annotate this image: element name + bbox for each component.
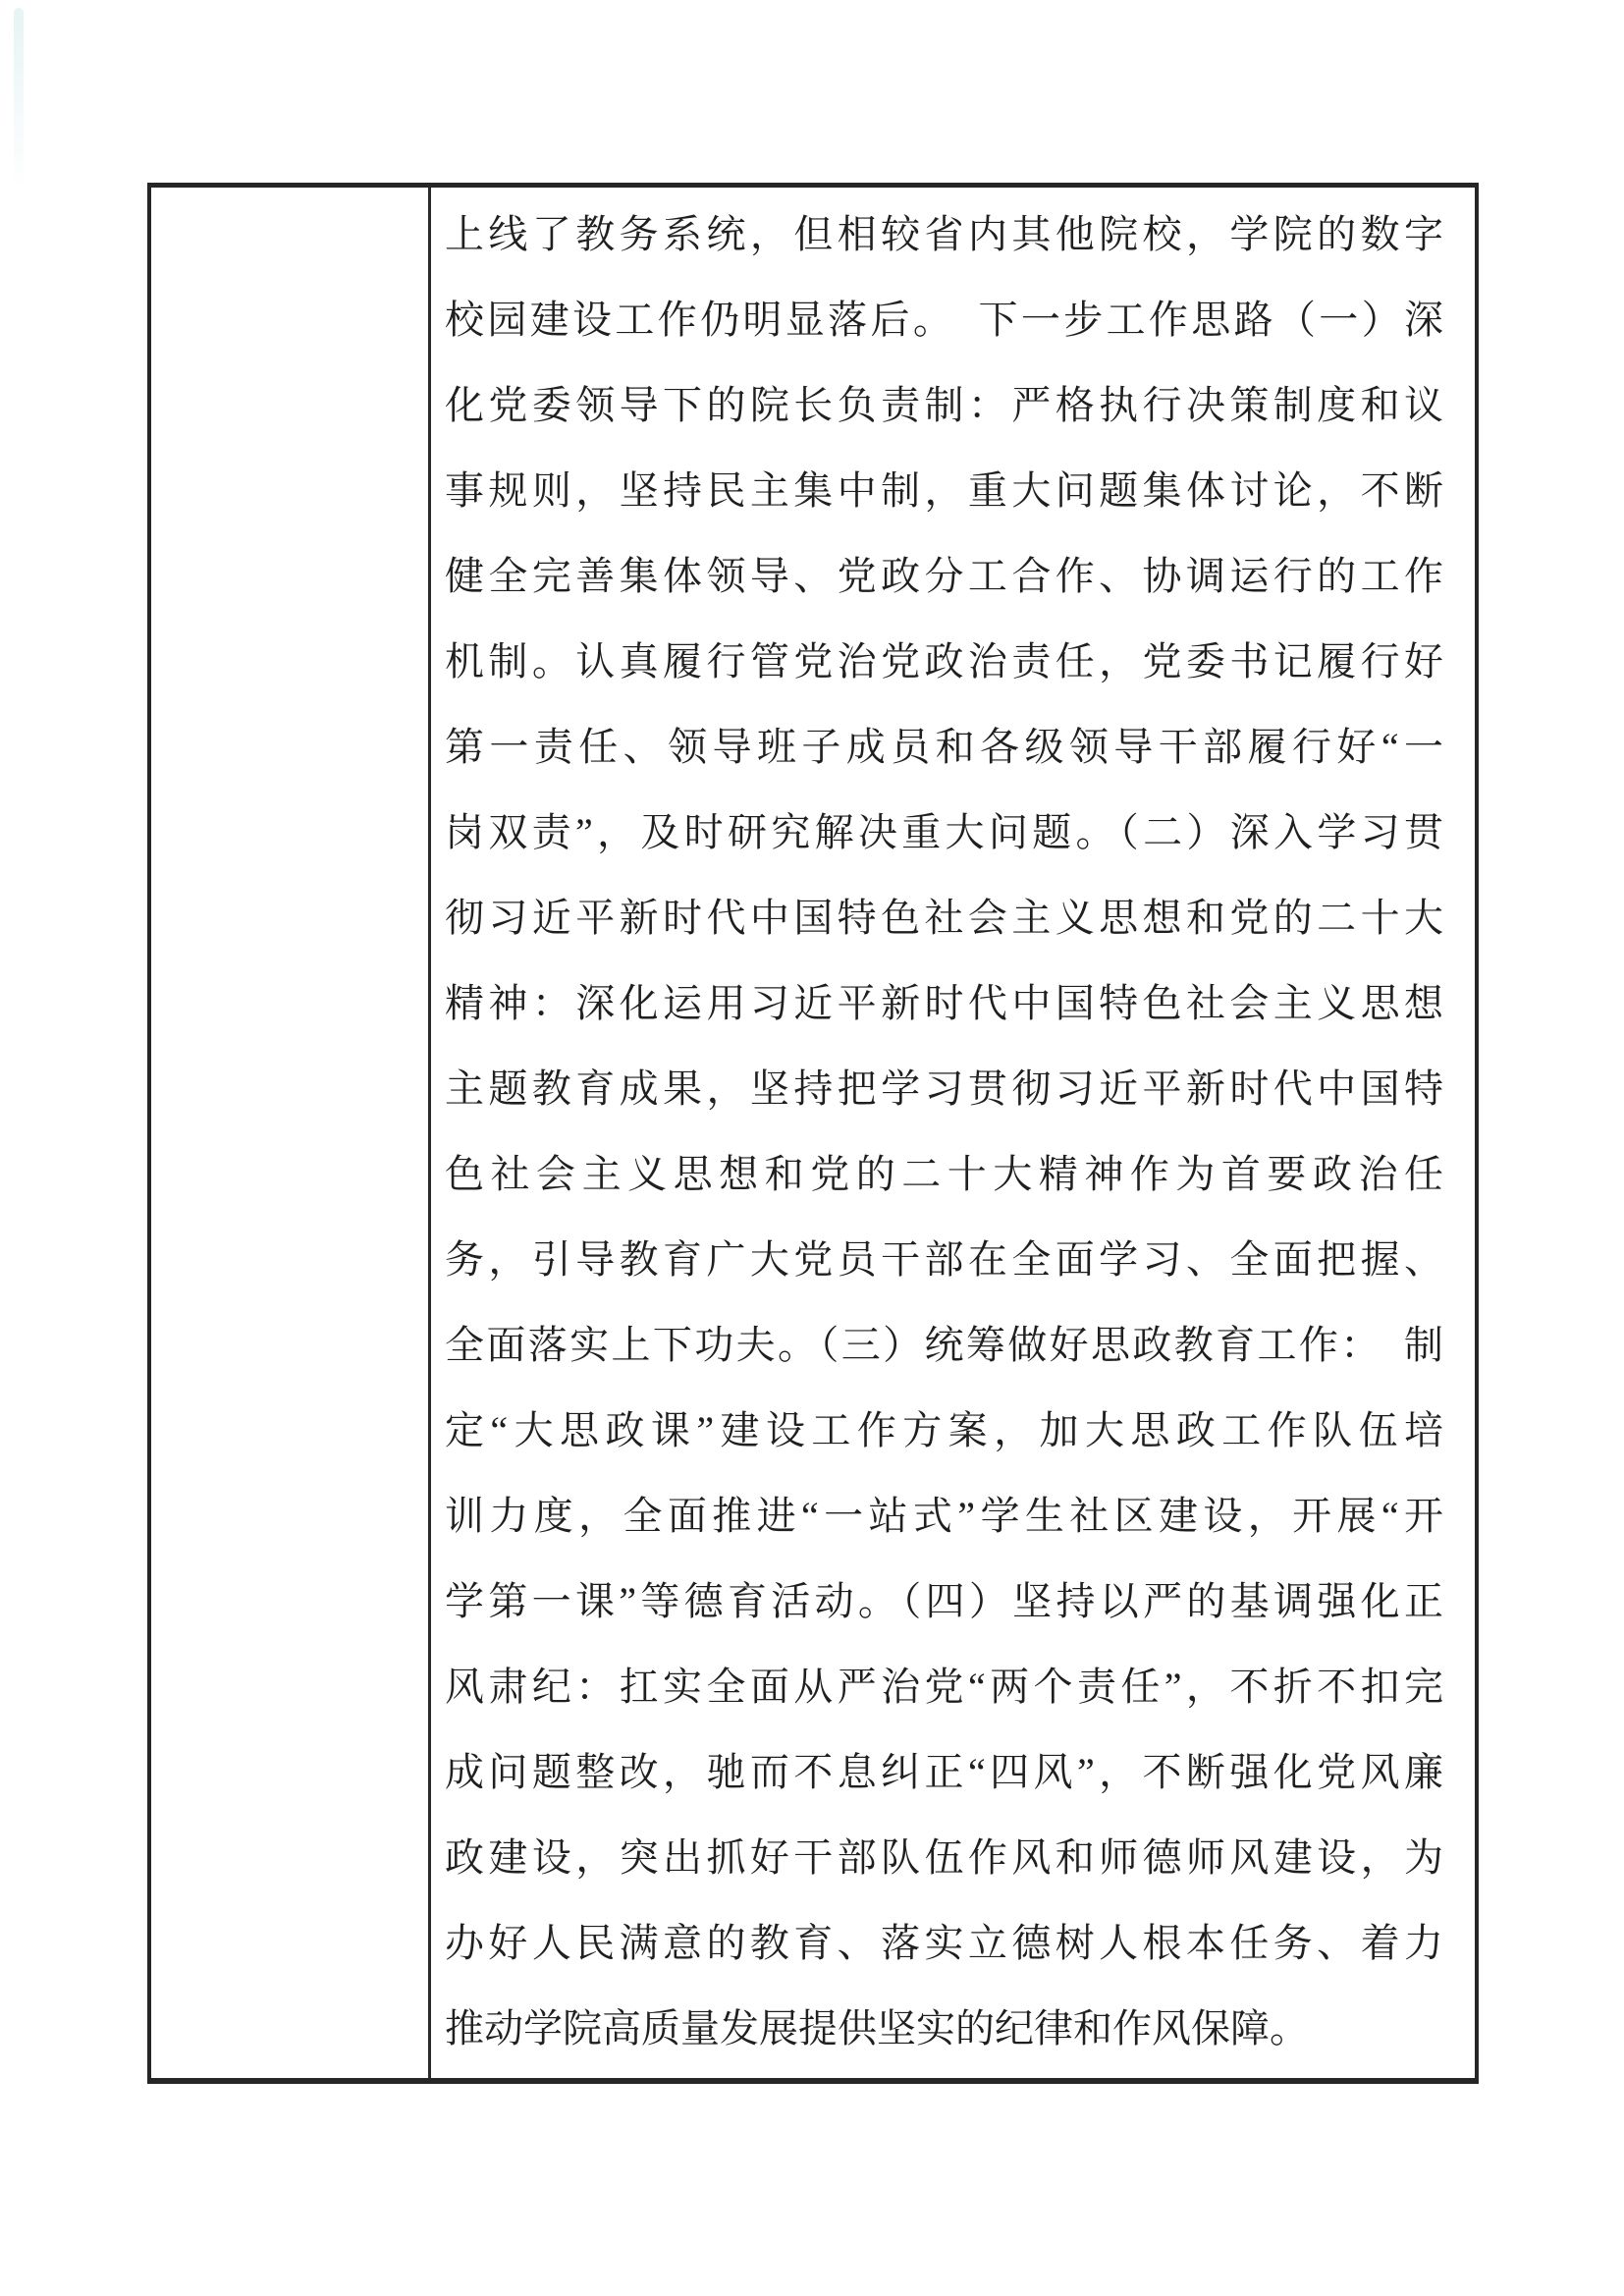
scan-artifact	[14, 8, 24, 190]
text-line: 上线了教务系统，但相较省内其他院校，学院的数字	[445, 191, 1443, 277]
text-line: 训力度，全面推进“一站式”学生社区建设，开展“开	[445, 1473, 1443, 1558]
text-line: 彻习近平新时代中国特色社会主义思想和党的二十大	[445, 875, 1443, 960]
text-line: 事规则，坚持民主集中制，重大问题集体讨论，不断	[445, 448, 1443, 533]
text-line: 办好人民满意的教育、落实立德树人根本任务、着力	[445, 1900, 1443, 1986]
text-line: 政建设，突出抓好干部队伍作风和师德师风建设，为	[445, 1815, 1443, 1900]
text-line: 推动学院高质量发展提供坚实的纪律和作风保障。	[445, 1986, 1443, 2071]
text-line: 精神：深化运用习近平新时代中国特色社会主义思想	[445, 960, 1443, 1046]
text-line: 岗双责”，及时研究解决重大问题。（二）深入学习贯	[445, 790, 1443, 875]
table-content-cell: 上线了教务系统，但相较省内其他院校，学院的数字 校园建设工作仍明显落后。 下一步…	[431, 188, 1475, 2078]
table-label-cell	[151, 188, 431, 2078]
text-line: 学第一课”等德育活动。（四）坚持以严的基调强化正	[445, 1558, 1443, 1644]
text-line: 校园建设工作仍明显落后。 下一步工作思路（一）深	[445, 277, 1443, 362]
text-line: 机制。认真履行管党治党政治责任，党委书记履行好	[445, 619, 1443, 704]
text-line: 色社会主义思想和党的二十大精神作为首要政治任	[445, 1131, 1443, 1217]
document-page: { "page": { "kind": "scanned report tabl…	[0, 0, 1624, 2296]
text-line: 成问题整改，驰而不息纠正“四风”，不断强化党风廉	[445, 1729, 1443, 1815]
text-line: 健全完善集体领导、党政分工合作、协调运行的工作	[445, 533, 1443, 619]
text-line: 全面落实上下功夫。（三）统筹做好思政教育工作： 制	[445, 1302, 1443, 1388]
text-line: 第一责任、领导班子成员和各级领导干部履行好“一	[445, 704, 1443, 790]
report-table: 上线了教务系统，但相较省内其他院校，学院的数字 校园建设工作仍明显落后。 下一步…	[147, 183, 1479, 2084]
text-line: 化党委领导下的院长负责制：严格执行决策制度和议	[445, 362, 1443, 448]
text-line: 风肃纪：扛实全面从严治党“两个责任”，不折不扣完	[445, 1644, 1443, 1729]
text-line: 主题教育成果，坚持把学习贯彻习近平新时代中国特	[445, 1046, 1443, 1131]
text-line: 定“大思政课”建设工作方案，加大思政工作队伍培	[445, 1388, 1443, 1473]
text-line: 务，引导教育广大党员干部在全面学习、全面把握、	[445, 1217, 1443, 1302]
